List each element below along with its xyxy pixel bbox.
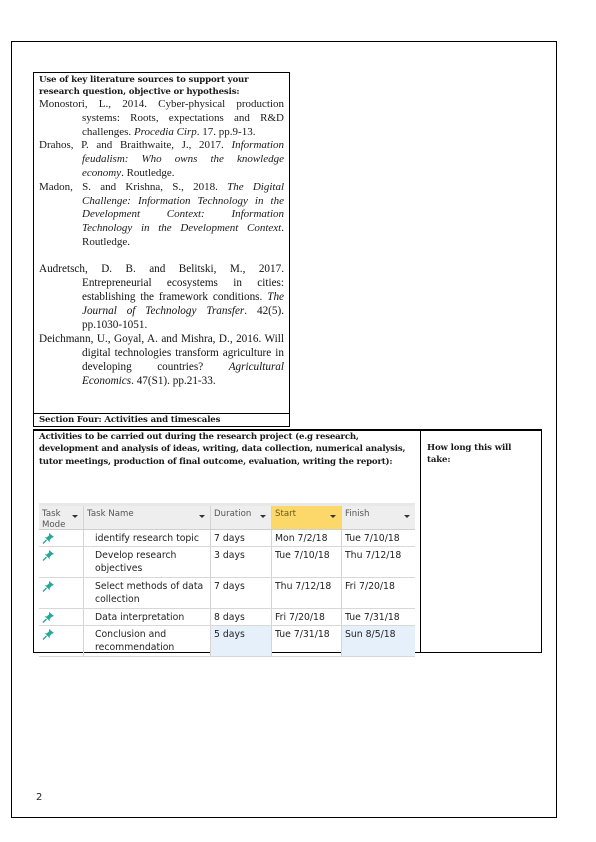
task-name-cell[interactable]: Develop research objectives — [84, 547, 211, 577]
task-name-cell[interactable]: Data interpretation — [84, 609, 211, 625]
pin-icon — [42, 611, 55, 623]
task-name-cell[interactable]: identify research topic — [84, 530, 211, 546]
dropdown-arrow-icon[interactable] — [199, 515, 205, 518]
reference-list-2: Audretsch, D. B. and Belitski, M., 2017.… — [34, 262, 289, 388]
finish-cell[interactable]: Thu 7/12/18 — [342, 547, 415, 577]
pin-icon — [42, 628, 55, 640]
table-row[interactable]: identify research topic7 daysMon 7/2/18T… — [39, 530, 415, 547]
dropdown-arrow-icon[interactable] — [72, 515, 78, 518]
literature-table: Use of key literature sources to support… — [33, 72, 290, 427]
pin-icon — [42, 532, 55, 544]
grid-header-row: Task Mode Task Name Duration Start Finis… — [39, 506, 415, 530]
start-cell[interactable]: Tue 7/10/18 — [272, 547, 342, 577]
column-header-task-name[interactable]: Task Name — [84, 506, 211, 529]
finish-cell[interactable]: Sun 8/5/18 — [342, 626, 415, 656]
task-mode-cell[interactable] — [39, 626, 84, 656]
activities-table: Activities to be carried out during the … — [33, 429, 542, 653]
finish-cell[interactable]: Tue 7/31/18 — [342, 609, 415, 625]
how-long-label: How long this will take: — [422, 431, 522, 467]
task-mode-cell[interactable] — [39, 578, 84, 608]
duration-cell: How long this will take: — [422, 431, 541, 652]
task-grid: Task Mode Task Name Duration Start Finis… — [39, 503, 415, 657]
reference-item: Monostori, L., 2014. Cyber-physical prod… — [34, 98, 289, 139]
finish-cell[interactable]: Fri 7/20/18 — [342, 578, 415, 608]
reference-list-1: Monostori, L., 2014. Cyber-physical prod… — [34, 98, 289, 250]
start-cell[interactable]: Mon 7/2/18 — [272, 530, 342, 546]
start-cell[interactable]: Fri 7/20/18 — [272, 609, 342, 625]
column-header-finish[interactable]: Finish — [342, 506, 415, 529]
reference-item: Audretsch, D. B. and Belitski, M., 2017.… — [34, 262, 289, 332]
reference-item: Deichmann, U., Goyal, A. and Mishra, D.,… — [34, 332, 289, 388]
task-name-cell[interactable]: Select methods of data collection — [84, 578, 211, 608]
pin-icon — [42, 549, 55, 561]
start-cell[interactable]: Thu 7/12/18 — [272, 578, 342, 608]
page-number: 2 — [36, 792, 42, 803]
column-header-duration[interactable]: Duration — [211, 506, 272, 529]
activities-description: Activities to be carried out during the … — [34, 431, 420, 468]
task-mode-cell[interactable] — [39, 609, 84, 625]
column-header-start[interactable]: Start — [272, 506, 342, 529]
table-row[interactable]: Conclusion and recommendation5 daysTue 7… — [39, 626, 415, 657]
task-mode-cell[interactable] — [39, 547, 84, 577]
duration-cell[interactable]: 8 days — [211, 609, 272, 625]
task-name-cell[interactable]: Conclusion and recommendation — [84, 626, 211, 656]
reference-item: Drahos, P. and Braithwaite, J., 2017. In… — [34, 139, 289, 180]
pin-icon — [42, 580, 55, 592]
dropdown-arrow-icon[interactable] — [404, 515, 410, 518]
duration-cell[interactable]: 3 days — [211, 547, 272, 577]
activities-cell: Activities to be carried out during the … — [34, 431, 421, 652]
table-row[interactable]: Data interpretation8 daysFri 7/20/18Tue … — [39, 609, 415, 626]
table-row[interactable]: Develop research objectives3 daysTue 7/1… — [39, 547, 415, 578]
section-four-title: Section Four: Activities and timescales — [34, 413, 289, 426]
duration-cell[interactable]: 7 days — [211, 578, 272, 608]
finish-cell[interactable]: Tue 7/10/18 — [342, 530, 415, 546]
reference-item: Madon, S. and Krishna, S., 2018. The Dig… — [34, 181, 289, 250]
grid-body: identify research topic7 daysMon 7/2/18T… — [39, 530, 415, 657]
table-row[interactable]: Select methods of data collection7 daysT… — [39, 578, 415, 609]
literature-header: Use of key literature sources to support… — [34, 73, 289, 98]
duration-cell[interactable]: 7 days — [211, 530, 272, 546]
dropdown-arrow-icon[interactable] — [330, 515, 336, 518]
column-header-task-mode[interactable]: Task Mode — [39, 506, 84, 529]
start-cell[interactable]: Tue 7/31/18 — [272, 626, 342, 656]
dropdown-arrow-icon[interactable] — [260, 515, 266, 518]
duration-cell[interactable]: 5 days — [211, 626, 272, 656]
task-mode-cell[interactable] — [39, 530, 84, 546]
